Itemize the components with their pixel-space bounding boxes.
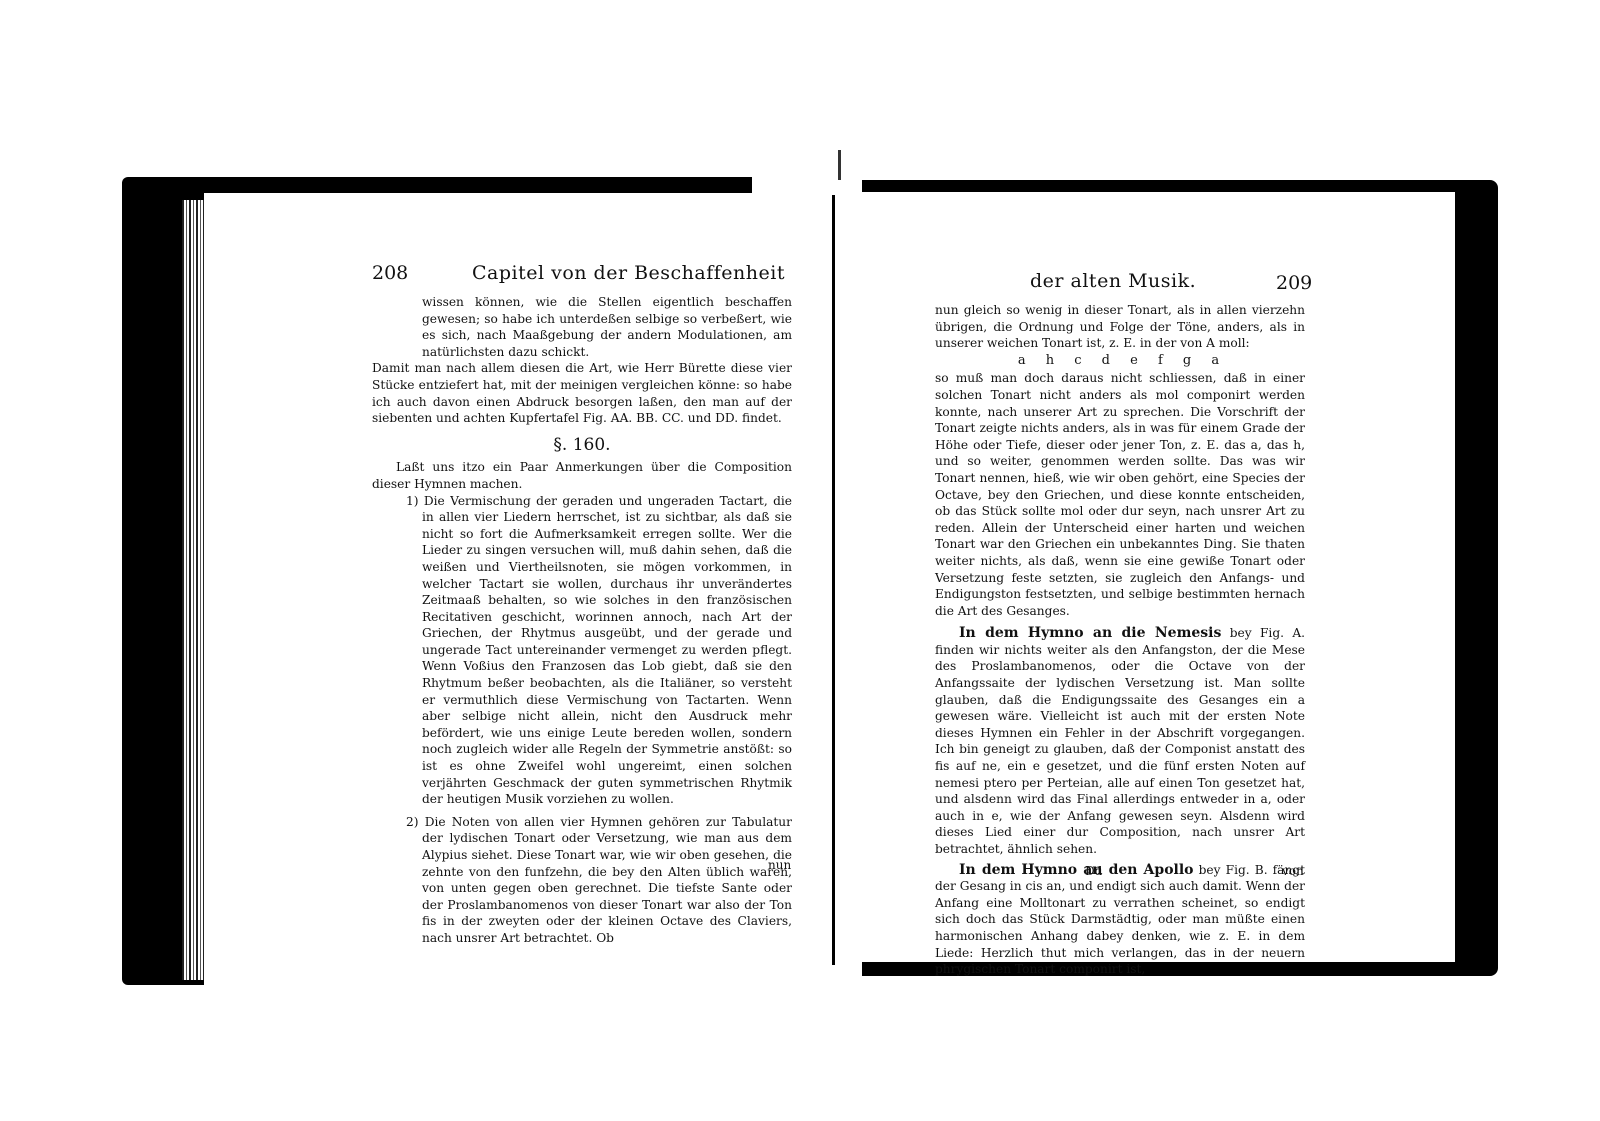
page-number-left: 208: [372, 262, 408, 284]
page-edges: [182, 200, 204, 980]
paragraph-nemesis: In dem Hymno an die Nemesis bey Fig. A. …: [935, 625, 1305, 857]
catchword-left: nun: [768, 858, 791, 872]
scale-notes: a h c d e f g a: [935, 353, 1305, 370]
paragraph-continued: nun gleich so wenig in dieser Tonart, al…: [935, 302, 1305, 352]
list-item-1: 1) Die Vermischung der geraden und unger…: [372, 493, 792, 808]
list-item-2: 2) Die Noten von allen vier Hymnen gehör…: [372, 814, 792, 947]
catchword-right: von: [1282, 864, 1304, 878]
running-head-right: der alten Musik.: [1030, 270, 1196, 292]
paragraph-continued: wissen können, wie die Stellen eigentlic…: [372, 294, 792, 360]
right-text-column: nun gleich so wenig in dieser Tonart, al…: [935, 302, 1305, 978]
page-number-right: 209: [1276, 272, 1312, 294]
paragraph-tonart: so muß man doch daraus nicht schliessen,…: [935, 370, 1305, 619]
left-text-column: wissen können, wie die Stellen eigentlic…: [372, 294, 792, 947]
nemesis-lead: In dem Hymno an die Nemesis: [959, 625, 1221, 641]
signature-mark: Dd: [1085, 864, 1102, 878]
apollo-lead: In dem Hymno an den Apollo: [959, 862, 1194, 878]
paragraph-intro: Laßt uns itzo ein Paar Anmerkungen über …: [372, 459, 792, 492]
paragraph-damit: Damit man nach allem diesen die Art, wie…: [372, 360, 792, 426]
gutter-fold: [832, 195, 835, 965]
running-head-left: Capitel von der Beschaffenheit: [472, 262, 785, 284]
paragraph-apollo: In dem Hymno an den Apollo bey Fig. B. f…: [935, 862, 1305, 978]
gutter-mark: [838, 150, 841, 180]
section-heading: §. 160.: [372, 437, 792, 454]
